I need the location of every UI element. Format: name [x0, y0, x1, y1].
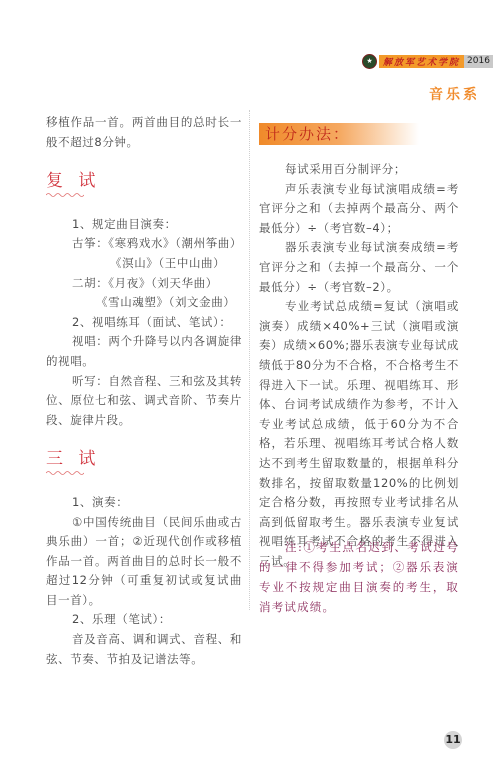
fushi-guzheng2: 《溟山》（王中山曲） — [46, 254, 242, 274]
sanshi-item1: 1、演奏： — [46, 493, 242, 513]
fushi-erhu2: 《雪山魂塑》（刘文金曲） — [46, 293, 242, 313]
sanshi-item2-detail: 音及音高、调和调式、音程、和弦、节奏、节拍及记谱法等。 — [46, 630, 242, 669]
note-text: 注:①考生点名迟到、考试过号的一律不得参加考试；②器乐表演专业不按规定曲目演奏的… — [259, 537, 459, 617]
section-title-fushi: 复 试 — [46, 170, 242, 192]
fushi-tingxie: 听写：自然音程、三和弦及其转位、原位七和弦、调式音阶、节奏片段、旋律片段。 — [46, 372, 242, 431]
school-name: 解放军艺术学院 — [379, 55, 464, 68]
section-title-sanshi: 三 试 — [46, 448, 242, 470]
page-number: 11 — [444, 731, 462, 749]
department-title: 音乐系 — [429, 84, 480, 104]
fushi-item1: 1、规定曲目演奏： — [46, 215, 242, 235]
wavy-underline-icon — [46, 470, 84, 476]
scoring-paragraph: 每试采用百分制评分； — [259, 160, 459, 180]
scoring-method-banner: 计分办法： — [259, 123, 419, 145]
right-column: 每试采用百分制评分； 声乐表演专业每试演唱成绩=考官评分之和（去掉两个最高分、两… — [259, 160, 459, 571]
sanshi-item1-detail: ①中国传统曲目（民间乐曲或古典乐曲）一首；②近现代创作或移植作品一首。两首曲目的… — [46, 513, 242, 611]
left-column: 移植作品一首。两首曲目的总时长一般不超过8分钟。 复 试 1、规定曲目演奏： 古… — [46, 113, 242, 669]
scoring-paragraph: 器乐表演专业每试演奏成绩=考官评分之和（去掉一个最高分、一个最低分）÷（考官数–… — [259, 238, 459, 297]
column-divider — [249, 110, 250, 610]
scoring-paragraph: 专业考试总成绩=复试（演唱或演奏）成绩×40%+三试（演唱或演奏）成绩×60%;… — [259, 297, 459, 571]
fushi-item2: 2、视唱练耳（面试、笔试）： — [46, 313, 242, 333]
scoring-paragraph: 声乐表演专业每试演唱成绩=考官评分之和（去掉两个最高分、两个最低分）÷（考官数–… — [259, 180, 459, 239]
banner-title: 计分办法： — [259, 125, 350, 143]
sanshi-item2: 2、乐理（笔试）： — [46, 610, 242, 630]
school-emblem-icon: ★ — [362, 54, 377, 69]
wavy-underline-icon — [46, 192, 84, 198]
intro-text: 移植作品一首。两首曲目的总时长一般不超过8分钟。 — [46, 113, 242, 152]
fushi-shichang: 视唱：两个升降号以内各调旋律的视唱。 — [46, 332, 242, 371]
fushi-erhu: 二胡：《月夜》（刘天华曲） — [46, 274, 242, 294]
school-logo-bar: ★ 解放军艺术学院 2016 — [362, 54, 493, 68]
year-label: 2016 — [464, 55, 493, 68]
fushi-guzheng: 古筝：《寒鸦戏水》（潮州筝曲） — [46, 234, 242, 254]
